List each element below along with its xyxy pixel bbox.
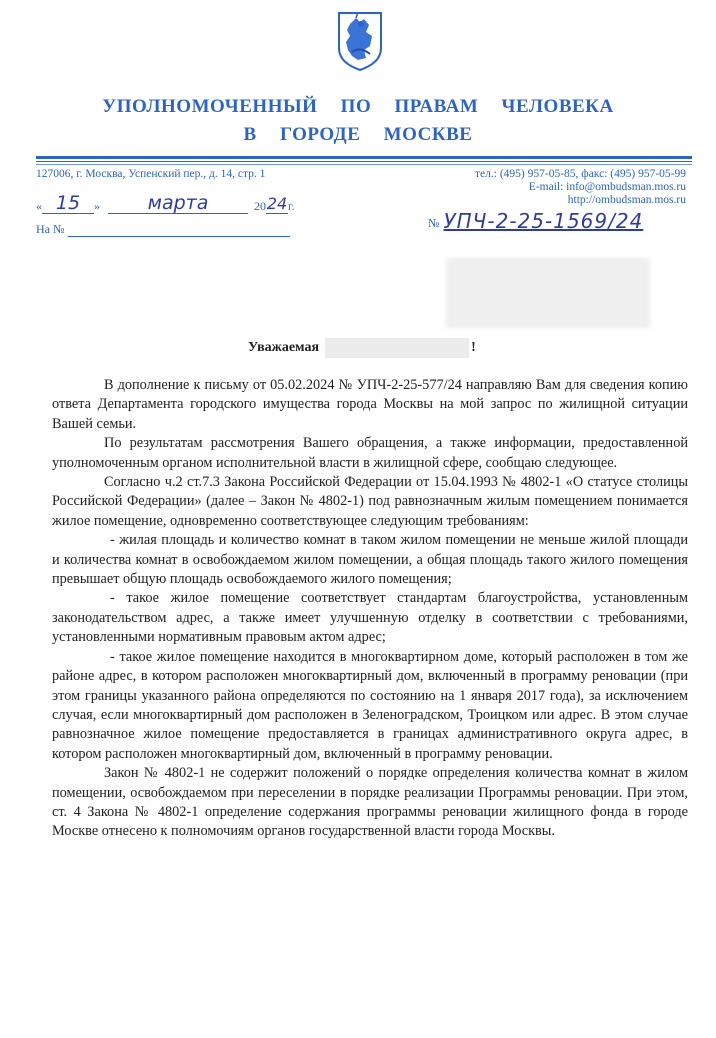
- list-item: - такое жилое помещение соответствует ст…: [52, 589, 688, 647]
- letterhead-divider-thin: [36, 161, 692, 162]
- redacted-recipient-name: [325, 338, 469, 358]
- org-website: http://ombudsman.mos.ru: [475, 194, 686, 207]
- outgoing-number-value: УПЧ-2-25-1569/24: [443, 212, 643, 231]
- letter-body: В дополнение к письму от 05.02.2024 № УП…: [52, 376, 688, 842]
- greeting-salutation: Уважаемая: [248, 340, 319, 356]
- list-item: - жилая площадь и количество комнат в та…: [52, 531, 688, 589]
- date-year-prefix: 20: [254, 199, 266, 214]
- date-year-suffix: 24: [266, 194, 288, 214]
- list-item: - такое жилое помещение находится в мног…: [52, 648, 688, 764]
- org-title-line1: УПОЛНОМОЧЕННЫЙ ПО ПРАВАМ ЧЕЛОВЕКА: [0, 96, 716, 118]
- redacted-recipient-address: [446, 258, 650, 328]
- date-close-quote: »: [94, 199, 100, 214]
- paragraph: Согласно ч.2 ст.7.3 Закона Российской Фе…: [52, 473, 688, 531]
- paragraph: В дополнение к письму от 05.02.2024 № УП…: [52, 376, 688, 434]
- org-address: 127006, г. Москва, Успенский пер., д. 14…: [36, 168, 265, 180]
- paragraph: Закон № 4802-1 не содержит положений о п…: [52, 764, 688, 842]
- outgoing-number: № УПЧ-2-25-1569/24: [428, 212, 643, 231]
- date-month: марта: [108, 194, 248, 214]
- reference-label: На №: [36, 222, 64, 237]
- letter-date: « 15 » марта 20 24 г.: [36, 194, 295, 214]
- greeting-punct: !: [471, 340, 476, 356]
- org-title-line2: В ГОРОДЕ МОСКВЕ: [0, 124, 716, 146]
- greeting: Уважаемая !: [248, 338, 476, 358]
- date-year-label: г.: [288, 199, 295, 214]
- paragraph: По результатам рассмотрения Вашего обращ…: [52, 434, 688, 473]
- reference-row: На №: [36, 222, 290, 237]
- letterhead-divider-thin: [36, 164, 692, 165]
- reference-value: [68, 224, 290, 237]
- org-contacts: тел.: (495) 957-05-85, факс: (495) 957-0…: [475, 168, 686, 207]
- letterhead-divider: [36, 156, 692, 159]
- org-email: E-mail: info@ombudsman.mos.ru: [475, 181, 686, 194]
- org-phone-fax: тел.: (495) 957-05-85, факс: (495) 957-0…: [475, 168, 686, 181]
- date-day: 15: [42, 194, 94, 214]
- outgoing-number-label: №: [428, 216, 439, 231]
- moscow-coat-of-arms-icon: [336, 10, 384, 72]
